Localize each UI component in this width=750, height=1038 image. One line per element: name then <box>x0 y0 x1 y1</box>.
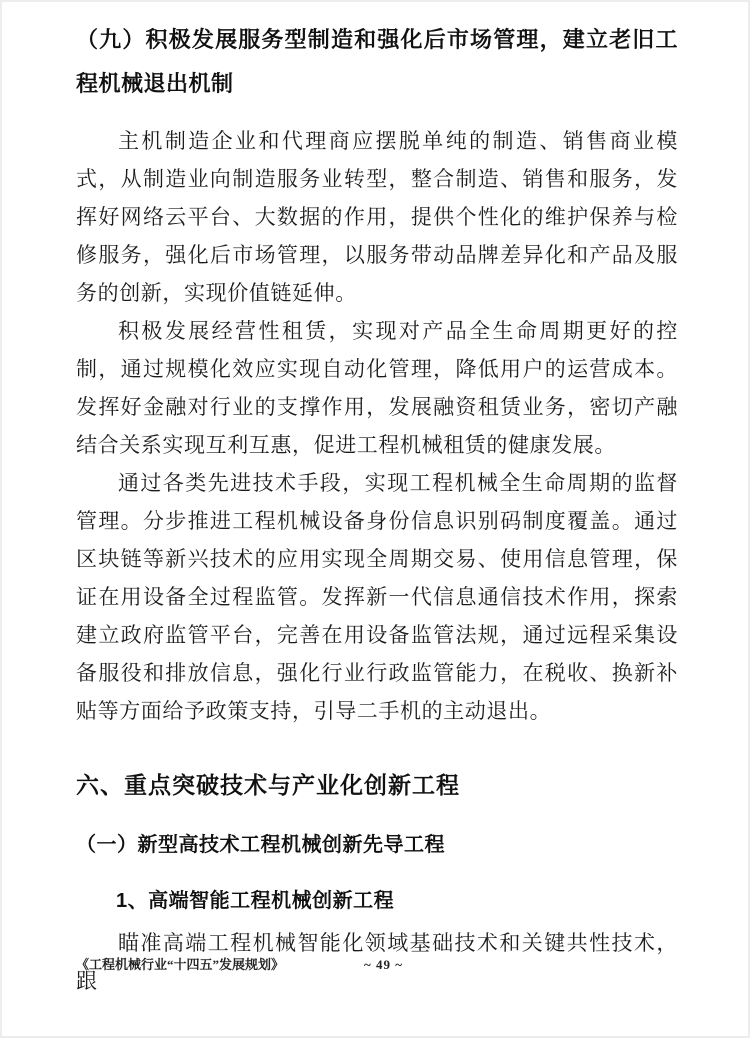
paragraph-service-manufacturing: 主机制造企业和代理商应摆脱单纯的制造、销售商业模式，从制造业向制造服务业转型，整… <box>76 122 678 312</box>
page-content: （九）积极发展服务型制造和强化后市场管理，建立老旧工程机械退出机制 主机制造企业… <box>0 0 750 1000</box>
chapter-6-heading: 六、重点突破技术与产业化创新工程 <box>76 770 678 800</box>
paragraph-lifecycle-supervision: 通过各类先进技术手段，实现工程机械全生命周期的监督管理。分步推进工程机械设备身份… <box>76 464 678 730</box>
footer-document-title: 《工程机械行业“十四五”发展规划》 <box>76 954 284 973</box>
paragraph-operating-lease: 积极发展经营性租赁，实现对产品全生命周期更好的控制，通过规模化效应实现自动化管理… <box>76 312 678 464</box>
section-9-heading: （九）积极发展服务型制造和强化后市场管理，建立老旧工程机械退出机制 <box>76 18 678 106</box>
document-page: （九）积极发展服务型制造和强化后市场管理，建立老旧工程机械退出机制 主机制造企业… <box>0 0 750 1038</box>
footer-page-number: ~ 49 ~ <box>364 957 403 973</box>
page-footer: 《工程机械行业“十四五”发展规划》 ~ 49 ~ <box>76 954 403 973</box>
subsection-1-heading: 1、高端智能工程机械创新工程 <box>76 888 678 914</box>
section-1-heading: （一）新型高技术工程机械创新先导工程 <box>76 832 678 858</box>
